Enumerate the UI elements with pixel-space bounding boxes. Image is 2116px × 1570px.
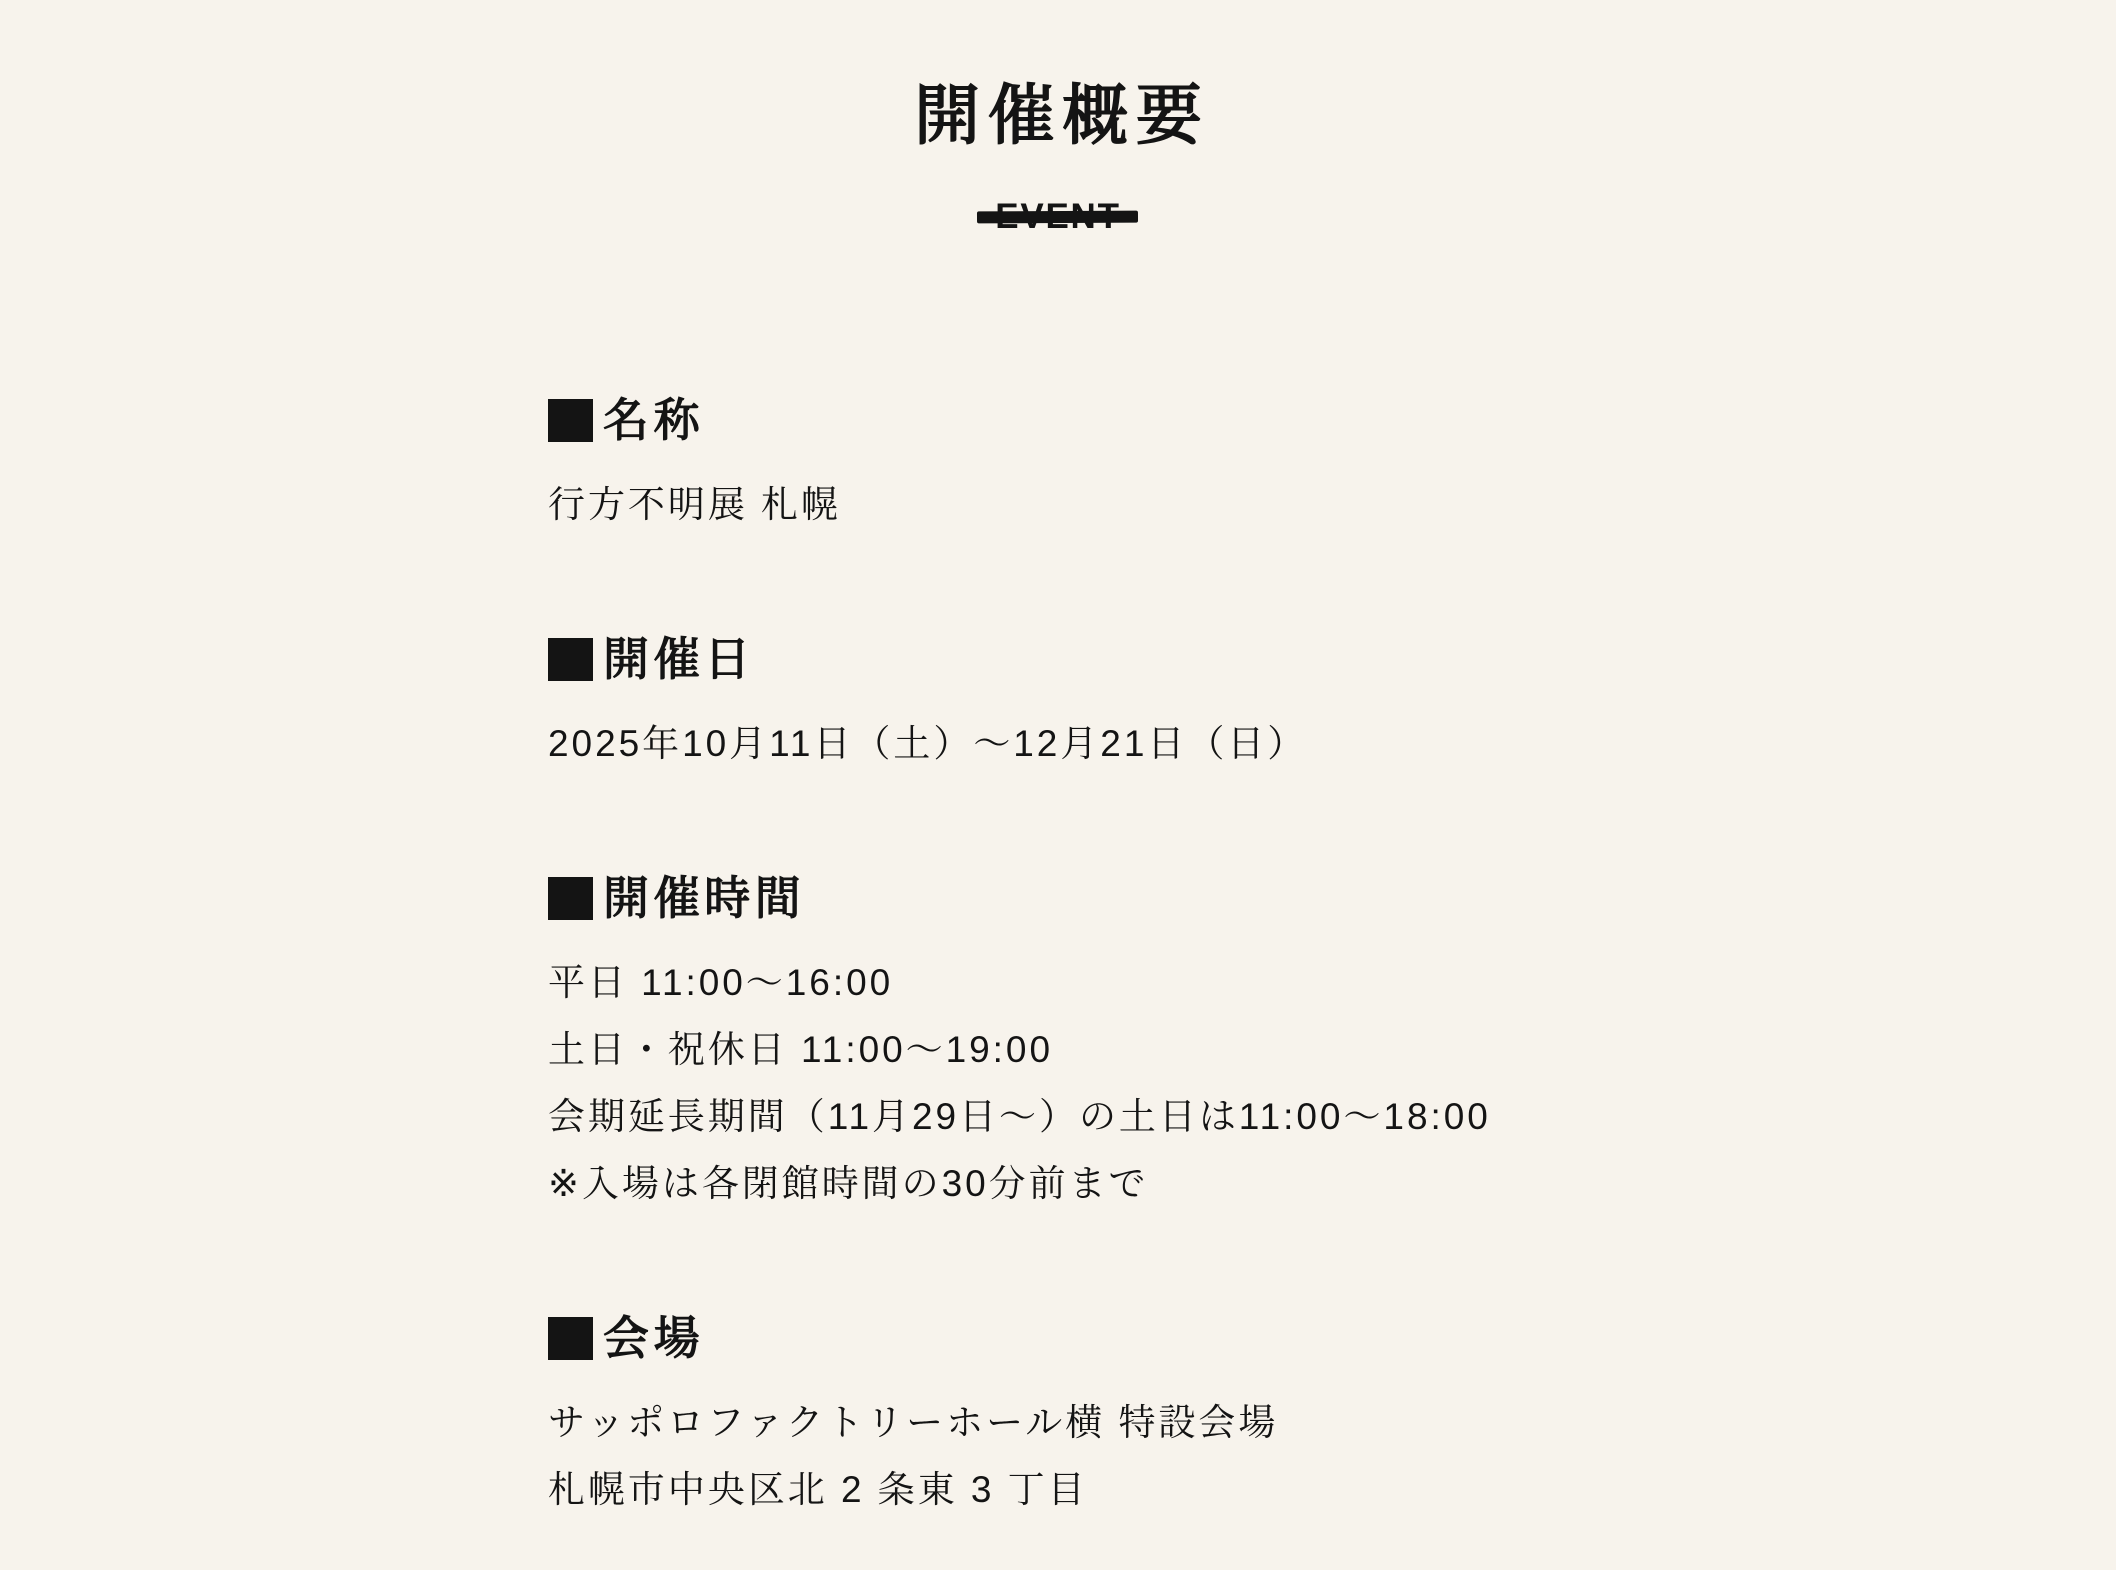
section-heading: 開催日 [548,633,1996,686]
event-overview-page: 開催概要 EVENT 名称 行方不明展 札幌 開催日 2025年10月11日（土… [0,0,2116,1570]
section-heading: 開催時間 [548,872,1996,925]
black-square-bullet-icon [548,399,593,442]
section-line: 行方不明展 札幌 [548,471,1996,538]
section-line: 札幌市中央区北 2 条東 3 丁目 [548,1456,1996,1523]
page-subtitle-wrap: EVENT [995,196,1120,238]
section-heading: 会場 [548,1312,1996,1365]
section-line: ※入場は各閉館時間の30分前まで [548,1150,1996,1217]
page-title: 開催概要 [0,82,2116,148]
section-name: 名称 行方不明展 札幌 [548,394,1996,538]
section-heading-label: 開催日 [603,633,755,686]
section-heading: 名称 [548,394,1996,447]
event-details: 名称 行方不明展 札幌 開催日 2025年10月11日（土）〜12月21日（日）… [548,394,2116,1523]
section-heading-label: 会場 [603,1312,704,1365]
section-line: 平日 11:00〜16:00 [548,949,1996,1016]
section-line: サッポロファクトリーホール横 特設会場 [548,1389,1996,1456]
section-line: 会期延長期間（11月29日〜）の土日は11:00〜18:00 [548,1083,1996,1150]
section-heading-label: 名称 [603,394,704,447]
section-dates: 開催日 2025年10月11日（土）〜12月21日（日） [548,633,1996,777]
black-square-bullet-icon [548,638,593,681]
section-hours: 開催時間 平日 11:00〜16:00 土日・祝休日 11:00〜19:00 会… [548,872,1996,1217]
section-line: 2025年10月11日（土）〜12月21日（日） [548,710,1996,777]
section-venue: 会場 サッポロファクトリーホール横 特設会場 札幌市中央区北 2 条東 3 丁目 [548,1312,1996,1523]
strikethrough-line-icon [977,211,1139,224]
page-header: 開催概要 EVENT [0,0,2116,238]
black-square-bullet-icon [548,877,593,920]
section-line: 土日・祝休日 11:00〜19:00 [548,1016,1996,1083]
black-square-bullet-icon [548,1317,593,1360]
section-heading-label: 開催時間 [603,872,805,925]
